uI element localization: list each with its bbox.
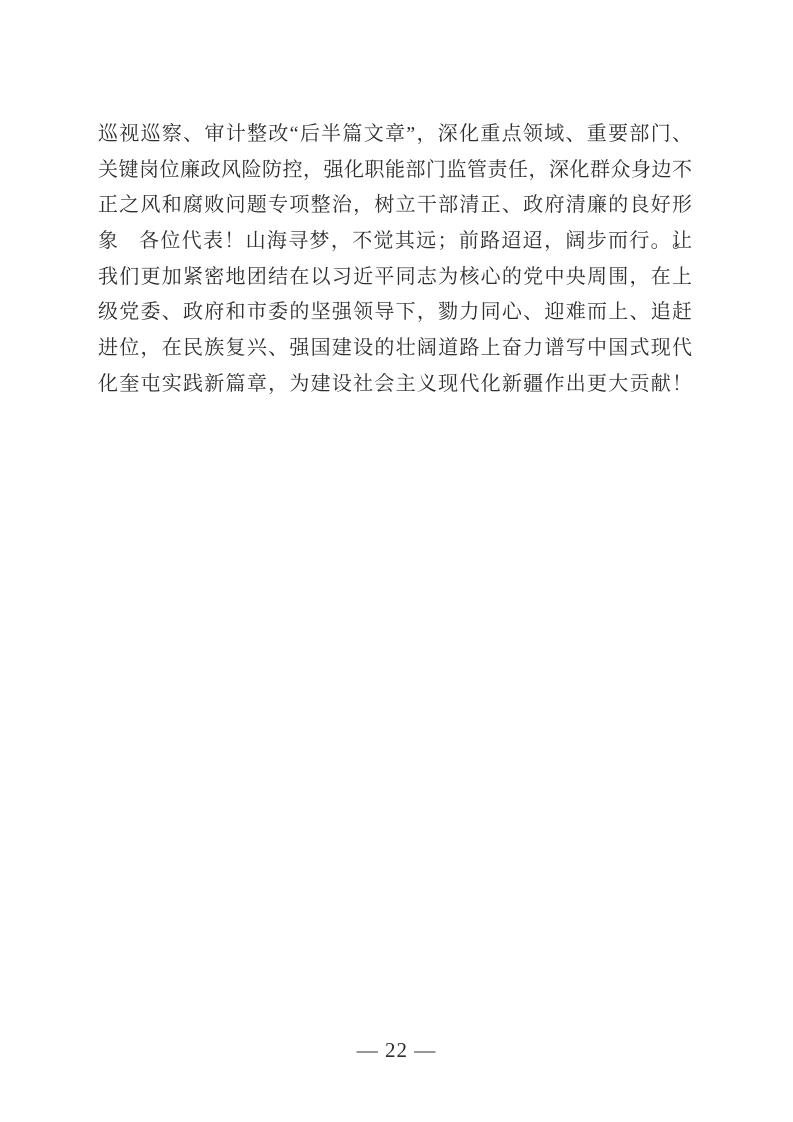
text-line: 化奎屯实践新篇章，为建设社会主义现代化新疆作出更大贡献！: [98, 367, 692, 403]
paragraph: 各位代表！山海寻梦，不觉其远；前路迢迢，阔步而行。让我们更加紧密地团结在以习近平…: [98, 224, 692, 402]
text-line: 各位代表！山海寻梦，不觉其远；前路迢迢，阔步而行。让: [98, 224, 692, 260]
paragraph: 巡视巡察、审计整改“后半篇文章”，深化重点领域、重要部门、关键岗位廉政风险防控，…: [98, 117, 692, 224]
text-line: 我们更加紧密地团结在以习近平同志为核心的党中央周围，在上: [98, 260, 692, 296]
text-line: 级党委、政府和市委的坚强领导下，勠力同心、迎难而上、追赶: [98, 295, 692, 331]
document-page: 巡视巡察、审计整改“后半篇文章”，深化重点领域、重要部门、关键岗位廉政风险防控，…: [0, 0, 793, 1122]
body-text: 巡视巡察、审计整改“后半篇文章”，深化重点领域、重要部门、关键岗位廉政风险防控，…: [98, 117, 692, 403]
text-line: 正之风和腐败问题专项整治，树立干部清正、政府清廉的良好形象。: [98, 188, 692, 224]
text-line: 巡视巡察、审计整改“后半篇文章”，深化重点领域、重要部门、: [98, 117, 692, 153]
page-number: — 22 —: [357, 1038, 437, 1062]
text-line: 进位，在民族复兴、强国建设的壮阔道路上奋力谱写中国式现代: [98, 331, 692, 367]
page-footer: — 22 —: [0, 1038, 793, 1062]
text-line: 关键岗位廉政风险防控，强化职能部门监管责任，深化群众身边不: [98, 153, 692, 189]
